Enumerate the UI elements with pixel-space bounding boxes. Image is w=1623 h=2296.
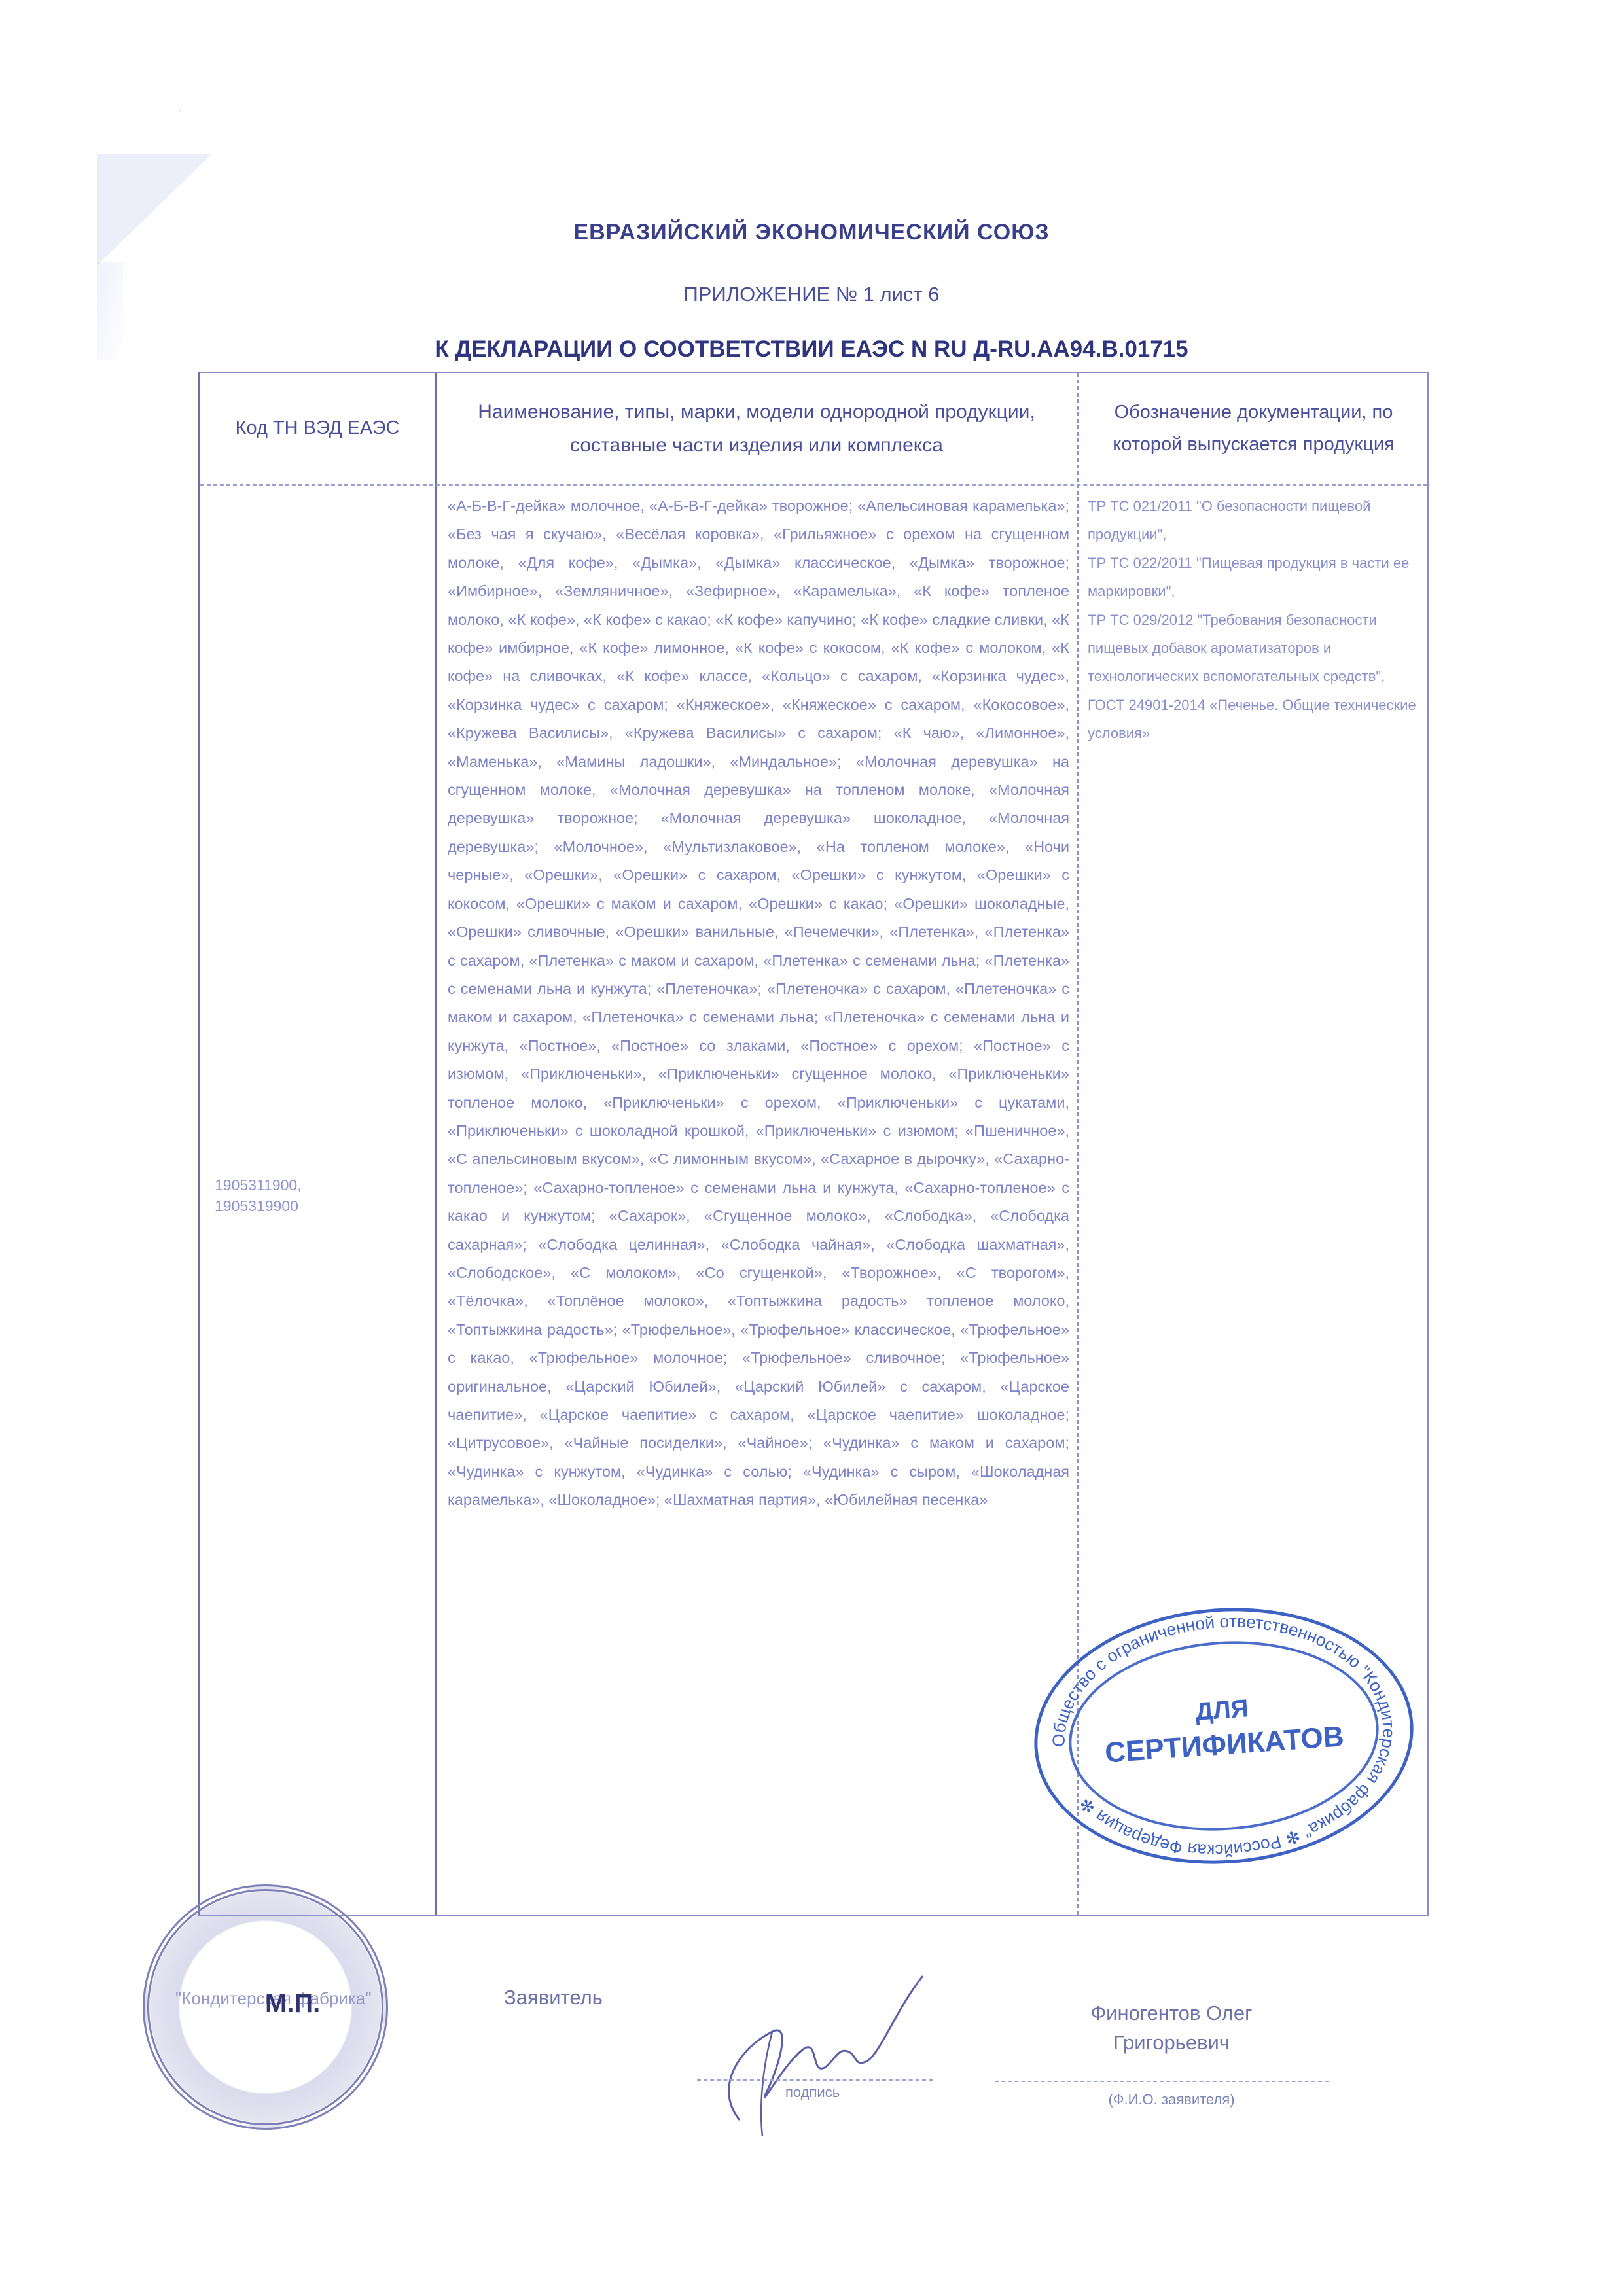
product-list: «А-Б-В-Г-дейка» молочное, «А-Б-В-Г-дейка… xyxy=(448,492,1069,1515)
scan-artifact xyxy=(97,154,211,266)
applicant-label: Заявитель xyxy=(504,1986,603,2009)
document-item: ТР ТС 029/2012 "Требования безопасности … xyxy=(1088,606,1421,691)
header-divider xyxy=(200,484,1427,486)
union-title: ЕВРАЗИЙСКИЙ ЭКОНОМИЧЕСКИЙ СОЮЗ xyxy=(0,220,1623,245)
hs-code: 1905319900 xyxy=(215,1195,302,1216)
scan-artifact: · · xyxy=(173,105,182,115)
signature-icon xyxy=(700,1969,949,2140)
hs-code: 1905311900, xyxy=(215,1174,302,1195)
document-item: ТР ТС 022/2011 "Пищевая продукция в част… xyxy=(1088,549,1421,606)
document-item: ТР ТС 021/2011 "О безопасности пищевой п… xyxy=(1088,492,1421,549)
documents-list: ТР ТС 021/2011 "О безопасности пищевой п… xyxy=(1088,492,1421,748)
appendix-title: ПРИЛОЖЕНИЕ № 1 лист 6 xyxy=(0,283,1623,306)
column-divider xyxy=(435,373,437,1915)
column-header-code: Код ТН ВЭД ЕАЭС xyxy=(200,373,435,484)
signature-caption: подпись xyxy=(785,2084,840,2101)
name-caption: (Ф.И.О. заявителя) xyxy=(1008,2091,1335,2108)
document-item: ГОСТ 24901-2014 «Печенье. Общие техничес… xyxy=(1088,691,1421,748)
name-line xyxy=(995,2081,1329,2082)
hs-codes: 1905311900, 1905319900 xyxy=(215,1174,302,1216)
column-header-name: Наименование, типы, марки, модели одноро… xyxy=(436,373,1077,484)
column-header-docs: Обозначение документации, по которой вып… xyxy=(1079,373,1429,484)
declaration-title: К ДЕКЛАРАЦИИ О СООТВЕТСТВИИ ЕАЭС N RU Д-… xyxy=(0,336,1623,362)
applicant-name: Финогентов Олег Григорьевич xyxy=(1008,1999,1335,2058)
certificates-stamp: Общество с ограниченной ответственностью… xyxy=(1026,1595,1422,1877)
mp-label: М.П. xyxy=(265,1989,320,2019)
signature-line xyxy=(697,2079,933,2081)
